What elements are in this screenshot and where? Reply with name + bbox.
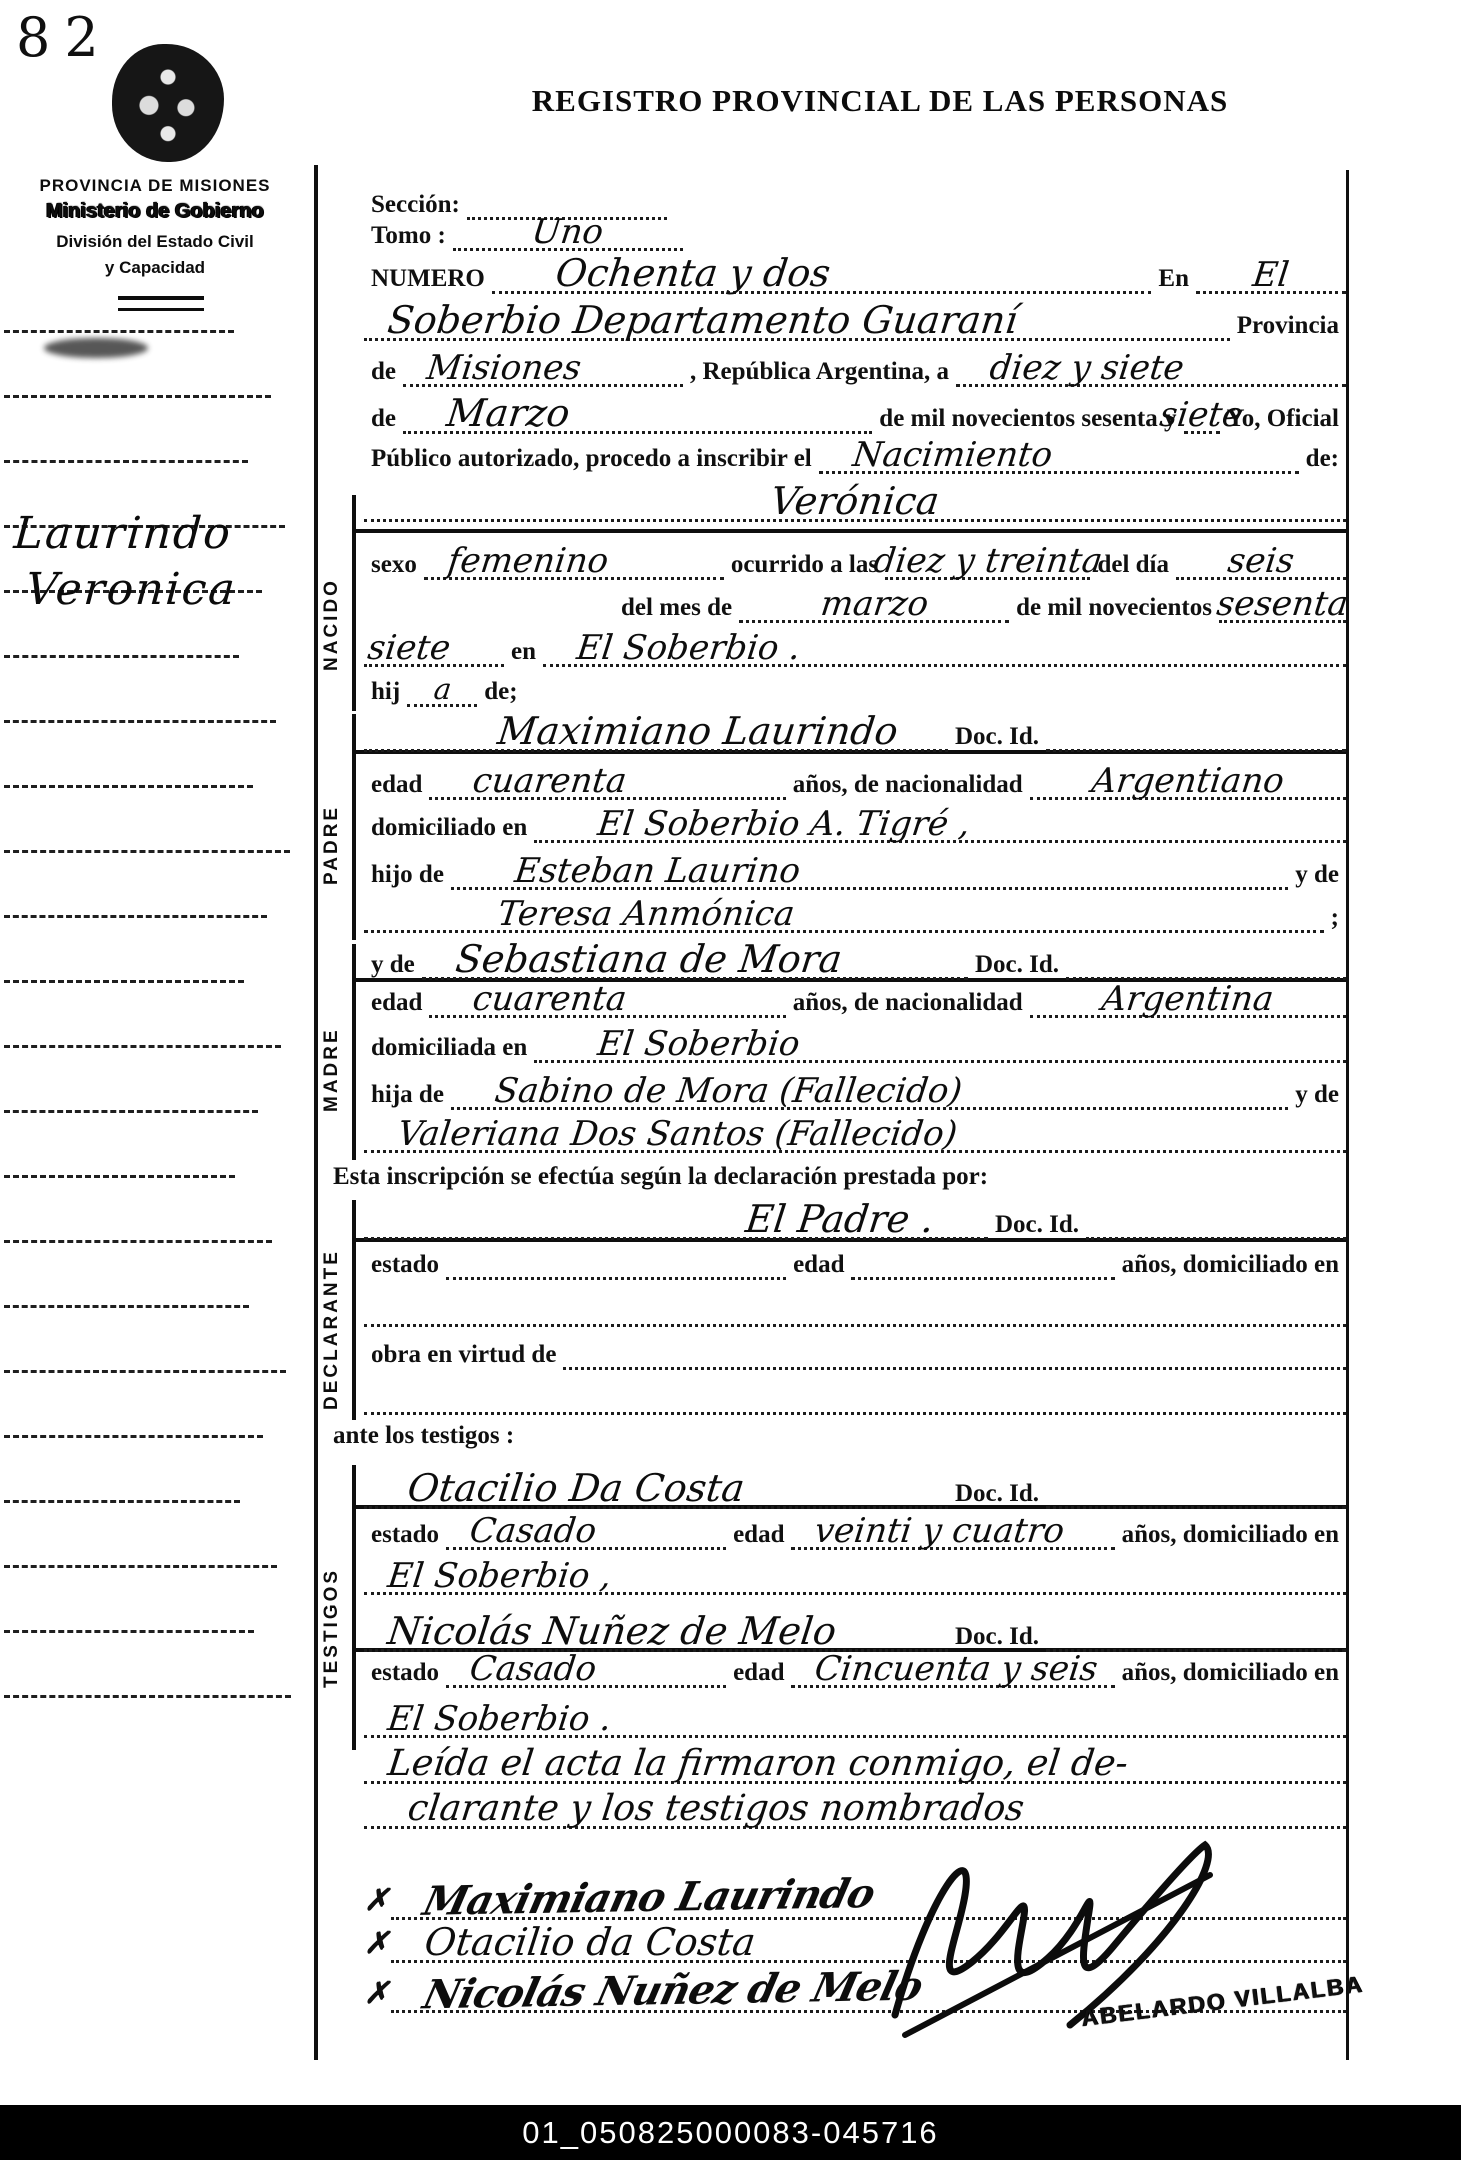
label-de2: de: (1299, 446, 1346, 474)
scan-code: 01_050825000083-045716 (522, 2115, 938, 2151)
dotted-leader: El Soberbio A. Tigré , (534, 808, 1346, 843)
dotted-leader: femenino (424, 545, 724, 580)
dotted-leader: diez y treinta (885, 545, 1090, 580)
dotted-leader: Teresa Anmónica (364, 898, 1324, 933)
form-row-testigo1-nombre: Otacilio Da Costa Doc. Id. (364, 1461, 1346, 1509)
label-republica: , República Argentina, a (683, 359, 956, 387)
form-row-padre-hijo-de: hijo de Esteban Laurino y de (364, 846, 1346, 890)
form-row-madre-hija-de: hija de Sabino de Mora (Fallecido) y de (364, 1066, 1346, 1110)
form-row-padre-domicilio: domiciliado en El Soberbio A. Tigré , (364, 799, 1346, 843)
value-anio-inscripcion: siete (1154, 399, 1248, 431)
label-obra: obra en virtud de (364, 1342, 563, 1370)
dotted-leader: a (407, 676, 477, 707)
form-row-tomo: Tomo : Uno (364, 207, 824, 251)
value-hora: diez y treinta (868, 545, 1108, 577)
label-ocurrido: ocurrido a las (724, 552, 885, 580)
dotted-leader: siete (1184, 399, 1220, 434)
letterhead-ministerio: Ministerio de Gobierno (10, 200, 300, 223)
value-declarante-nombre: El Padre . (740, 1201, 940, 1237)
value-madre-domicilio: El Soberbio (592, 1028, 805, 1060)
form-row-declarante-blank1 (364, 1283, 1346, 1327)
value-testigo2-edad: Cincuenta y seis (809, 1653, 1103, 1685)
label-y-de-padre: y de (1288, 862, 1346, 890)
value-lugar-nacimiento: El Soberbio . (571, 632, 806, 664)
form-row-madre-domicilio: domiciliada en El Soberbio (364, 1019, 1346, 1063)
value-dia-nacimiento: seis (1222, 545, 1300, 577)
dotted-leader: sesenta (1219, 588, 1346, 623)
value-cierre-linea1: Leída el acta la firmaron conmigo, el de… (382, 1747, 1134, 1781)
label-nacionalidad-padre: años, de nacionalidad (786, 772, 1030, 800)
scan-code-bar: 01_050825000083-045716 (0, 2105, 1461, 2160)
form-row-abuela-paterna: Teresa Anmónica ; (364, 889, 1346, 933)
value-madre-edad: cuarenta (467, 983, 632, 1015)
madre-bracket (352, 944, 356, 1160)
label-de3: de; (477, 679, 524, 707)
label-edad-testigo1: edad (726, 1522, 791, 1550)
label-domiciliado: domiciliado en (364, 815, 534, 843)
label-y-de-madre-2: y de (1288, 1082, 1346, 1110)
dotted-leader (446, 1277, 786, 1280)
value-acto: Nacimiento (847, 439, 1058, 471)
label-de-provincia: de (364, 359, 403, 387)
dotted-leader: marzo (739, 588, 1009, 623)
label-hijo-de: hijo de (364, 862, 451, 890)
dotted-leader: siete (364, 632, 504, 667)
value-anio-nacimiento-1: sesenta (1211, 588, 1354, 620)
label-inscripcion: Esta inscripción se efectúa según la dec… (326, 1164, 995, 1192)
value-padre-nombre: Maximiano Laurindo (492, 713, 904, 749)
birth-certificate-scan: 82 PROVINCIA DE MISIONES Ministerio de G… (0, 0, 1461, 2160)
label-estado-declarante: estado (364, 1252, 446, 1280)
dotted-leader: Misiones (403, 352, 683, 387)
value-testigo2-estado: Casado (464, 1653, 602, 1685)
nacido-bracket (352, 495, 356, 711)
label-en: En (1151, 266, 1196, 294)
signature-testigo2: Nicolás Nuñez de Melo (416, 1968, 930, 2015)
form-row-mes-nacimiento: del mes de marzo de mil novecientos sese… (364, 579, 1346, 623)
form-row-madre-edad: edad cuarenta años, de nacionalidad Arge… (364, 974, 1346, 1018)
value-abuelo-materno: Sabino de Mora (Fallecido) (489, 1075, 968, 1107)
form-row-testigo2-estado: estado Casado edad Cincuenta y seis años… (364, 1644, 1346, 1688)
letterhead-divider (118, 296, 204, 311)
label-docid-padre: Doc. Id. (948, 724, 1046, 752)
dotted-leader: Argentiano (1030, 765, 1346, 800)
margin-surname: Laurindo (12, 512, 233, 556)
value-sexo: femenino (442, 545, 614, 577)
form-row-inscripcion: Esta inscripción se efectúa según la dec… (326, 1148, 1346, 1192)
label-edad-testigo2: edad (726, 1660, 791, 1688)
dotted-leader: Casado (446, 1653, 726, 1688)
section-label-declarante: DECLARANTE (316, 1245, 348, 1415)
dotted-leader: cuarenta (429, 983, 785, 1018)
form-row-testigo1-estado: estado Casado edad veinti y cuatro años,… (364, 1506, 1346, 1550)
dotted-leader: veinti y cuatro (791, 1515, 1114, 1550)
letterhead-provincia: PROVINCIA DE MISIONES (10, 176, 300, 196)
value-numero: Ochenta y dos (550, 255, 837, 291)
label-tomo: Tomo : (364, 223, 453, 251)
value-testigo1-domicilio: El Soberbio , (382, 1560, 617, 1592)
form-row-declarante-estado: estado edad años, domiciliado en (364, 1236, 1346, 1280)
form-title: REGISTRO PROVINCIAL DE LAS PERSONAS (500, 84, 1260, 118)
value-padre-nacionalidad: Argentiano (1086, 765, 1290, 797)
form-row-acto: Público autorizado, procedo a inscribir … (364, 430, 1346, 474)
page-number: 82 (16, 6, 113, 69)
form-row-padre-nombre: Maximiano Laurindo Doc. Id. (364, 704, 1346, 752)
label-numero: NUMERO (364, 266, 492, 294)
dotted-leader: Sabino de Mora (Fallecido) (451, 1075, 1288, 1110)
declarante-bracket (352, 1200, 356, 1420)
value-mes-nacimiento: marzo (815, 588, 934, 620)
value-tomo: Uno (526, 216, 609, 248)
dotted-leader (1046, 749, 1346, 752)
value-lugar-el: El (1247, 259, 1295, 291)
x-mark: ✗ (364, 1976, 391, 2013)
dotted-leader: Argentina (1030, 983, 1346, 1018)
label-anios-dom-declarante: años, domiciliado en (1115, 1252, 1346, 1280)
form-row-lugar: Soberbio Departamento Guaraní Provincia (364, 297, 1346, 341)
value-provincia: Misiones (421, 352, 587, 384)
dotted-leader: seis (1176, 545, 1346, 580)
form-row-mes: de Marzo de mil novecientos sesenta y si… (364, 390, 1346, 434)
dotted-leader: Leída el acta la firmaron conmigo, el de… (364, 1747, 1346, 1784)
dotted-leader: Marzo (403, 395, 872, 434)
letterhead-capacidad: y Capacidad (10, 258, 300, 278)
label-hij: hij (364, 679, 407, 707)
dotted-leader: Maximiano Laurindo (364, 713, 948, 752)
dotted-leader: Cincuenta y seis (791, 1653, 1114, 1688)
form-row-numero: NUMERO Ochenta y dos En El (364, 250, 1346, 294)
label-domiciliada: domiciliada en (364, 1035, 534, 1063)
form-row-testigo2-domicilio: El Soberbio . (364, 1694, 1346, 1738)
form-row-cierre-1: Leída el acta la firmaron conmigo, el de… (364, 1738, 1346, 1784)
value-testigo1-estado: Casado (464, 1515, 602, 1547)
value-anio-nacimiento-2: siete (362, 632, 456, 664)
label-nacionalidad-madre: años, de nacionalidad (786, 990, 1030, 1018)
value-madre-nombre: Sebastiana de Mora (450, 941, 848, 977)
form-row-ante-testigos: ante los testigos : (326, 1407, 726, 1451)
form-row-obra: obra en virtud de (364, 1326, 1346, 1370)
label-anios-dom-testigo2: años, domiciliado en (1115, 1660, 1346, 1688)
value-lugar-depto: Soberbio Departamento Guaraní (382, 302, 1024, 338)
value-testigo1-nombre: Otacilio Da Costa (402, 1470, 751, 1506)
form-row-abuela-materna: Valeriana Dos Santos (Fallecido) (364, 1109, 1346, 1153)
value-dia-inscripcion: diez y siete (984, 352, 1190, 384)
dotted-leader: El (1196, 259, 1346, 294)
dotted-leader: cuarenta (429, 765, 785, 800)
label-provincia: Provincia (1230, 313, 1346, 341)
x-mark: ✗ (364, 1926, 391, 1963)
form-row-nacido-nombre: Verónica (364, 474, 1346, 522)
label-edad-declarante: edad (786, 1252, 851, 1280)
signature-testigo1: Otacilio da Costa (419, 1924, 762, 1960)
dotted-leader: Soberbio Departamento Guaraní (364, 302, 1230, 341)
label-ante-testigos: ante los testigos : (326, 1423, 521, 1451)
dotted-leader: El Soberbio . (543, 632, 1346, 667)
dotted-leader: Uno (453, 216, 683, 251)
dotted-leader: Ochenta y dos (492, 255, 1152, 294)
dotted-leader: Otacilio Da Costa (364, 1470, 948, 1509)
label-punto-coma: ; (1324, 905, 1346, 933)
letterhead-division: División del Estado Civil (10, 232, 300, 252)
dotted-leader: El Padre . (364, 1201, 988, 1240)
form-right-border (1346, 170, 1349, 2060)
dotted-leader (563, 1367, 1346, 1370)
dotted-leader: Esteban Laurino (451, 855, 1288, 890)
value-nacido-nombre: Verónica (765, 483, 945, 519)
value-padre-domicilio: El Soberbio A. Tigré , (592, 808, 976, 840)
margin-given-name: Veronica (24, 568, 238, 612)
label-docid-testigo1: Doc. Id. (948, 1481, 1046, 1509)
padre-bracket (352, 714, 356, 940)
label-edad-madre: edad (364, 990, 429, 1018)
value-abuelo-paterno: Esteban Laurino (509, 855, 806, 887)
value-abuela-materna: Valeriana Dos Santos (Fallecido) (392, 1118, 963, 1150)
form-row-declarante-nombre: El Padre . Doc. Id. (364, 1192, 1346, 1240)
value-padre-edad: cuarenta (467, 765, 632, 797)
rule-under-nacido-nombre (352, 529, 1346, 533)
label-de-mil: de mil novecientos (1009, 595, 1219, 623)
value-hijo-sufijo: a (428, 676, 457, 704)
dotted-leader: El Soberbio . (364, 1703, 1346, 1738)
dotted-leader: diez y siete (956, 352, 1346, 387)
section-label-madre: MADRE (316, 1000, 348, 1140)
label-estado-testigo1: estado (364, 1522, 446, 1550)
dotted-leader: Casado (446, 1515, 726, 1550)
value-testigo1-edad: veinti y cuatro (809, 1515, 1070, 1547)
section-label-testigos: TESTIGOS (316, 1520, 348, 1735)
section-label-padre: PADRE (316, 770, 348, 920)
label-estado-testigo2: estado (364, 1660, 446, 1688)
label-hija-de: hija de (364, 1082, 451, 1110)
form-row-madre-nombre: y de Sebastiana de Mora Doc. Id. (364, 932, 1346, 980)
value-abuela-paterna: Teresa Anmónica (492, 898, 800, 930)
dotted-leader: Nacimiento (819, 439, 1299, 474)
label-del-mes: del mes de (614, 595, 739, 623)
form-row-sexo: sexo femenino ocurrido a las diez y trei… (364, 536, 1346, 580)
dotted-leader: Verónica (364, 483, 1346, 522)
value-mes-inscripcion: Marzo (441, 395, 576, 431)
value-testigo2-domicilio: El Soberbio . (382, 1703, 617, 1735)
provincial-seal-icon (112, 44, 224, 162)
dotted-leader (851, 1277, 1114, 1280)
dotted-leader: El Soberbio (534, 1028, 1346, 1063)
form-row-testigo1-domicilio: El Soberbio , (364, 1551, 1346, 1595)
section-label-nacido: NACIDO (316, 545, 348, 705)
form-row-provincia: de Misiones , República Argentina, a die… (364, 343, 1346, 387)
label-edad-padre: edad (364, 772, 429, 800)
label-sexo: sexo (364, 552, 424, 580)
value-madre-nacionalidad: Argentina (1096, 983, 1279, 1015)
form-row-hija-de: hij a de; (364, 663, 764, 707)
label-publico: Público autorizado, procedo a inscribir … (364, 446, 819, 474)
form-row-padre-edad: edad cuarenta años, de nacionalidad Arge… (364, 756, 1346, 800)
label-anios-dom-testigo1: años, domiciliado en (1115, 1522, 1346, 1550)
dotted-leader: El Soberbio , (364, 1560, 1346, 1595)
form-row-lugar-nacimiento: siete en El Soberbio . (364, 623, 1346, 667)
